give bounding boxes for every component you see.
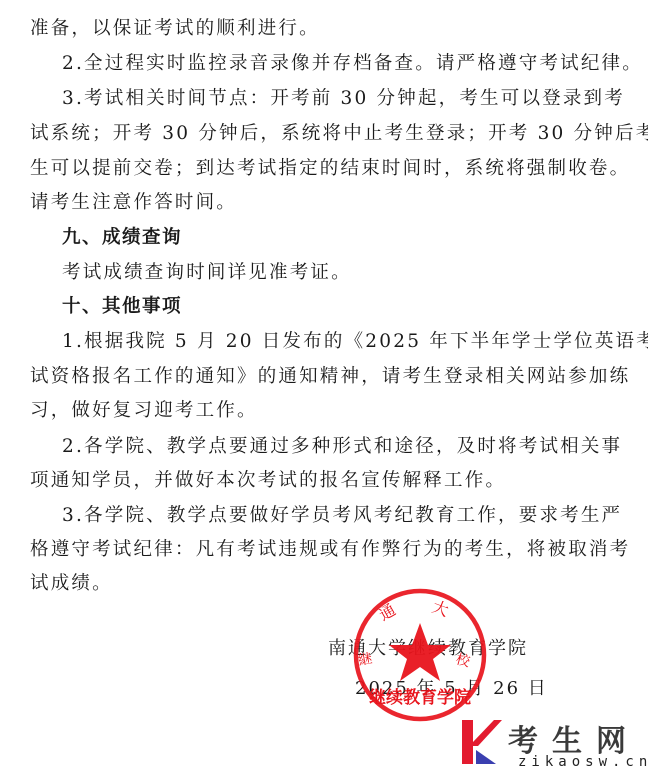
paragraph-line: 2.全过程实时监控录音录像并存档备查。请严格遵守考试纪律。 <box>62 52 648 76</box>
paragraph-line: 格遵守考试纪律：凡有考试违规或有作弊行为的考生，将被取消考 <box>30 538 620 562</box>
svg-text:校: 校 <box>454 650 473 670</box>
paragraph-line: 准备，以保证考试的顺利进行。 <box>30 17 620 41</box>
paragraph-line: 试成绩。 <box>30 572 620 596</box>
paragraph-line: 项通知学员，并做好本次考试的报名宣传解释工作。 <box>30 469 620 493</box>
paragraph-line: 试资格报名工作的通知》的通知精神，请考生登录相关网站参加练 <box>30 365 620 389</box>
paragraph-line: 2.各学院、教学点要通过多种形式和途径，及时将考试相关事 <box>62 435 648 459</box>
paragraph-line: 3.各学院、教学点要做好学员考风考纪教育工作，要求考生严 <box>62 504 648 528</box>
svg-text:継: 継 <box>357 651 374 669</box>
paragraph-line: 考试成绩查询时间详见准考证。 <box>62 261 648 285</box>
section-heading-other-matters: 十、其他事项 <box>62 295 648 319</box>
paragraph-line: 试系统；开考 30 分钟后，系统将中止考生登录；开考 30 分钟后考 <box>30 122 620 146</box>
watermark-logo: 考生网 zikaosw.cn <box>462 718 642 774</box>
paragraph-line: 生可以提前交卷；到达考试指定的结束时间时，系统将强制收卷。 <box>30 157 620 181</box>
svg-text:大: 大 <box>430 597 452 620</box>
paragraph-line: 请考生注意作答时间。 <box>30 191 620 215</box>
paragraph-line: 习，做好复习迎考工作。 <box>30 399 620 423</box>
paragraph-line: 3.考试相关时间节点：开考前 30 分钟起，考生可以登录到考 <box>62 87 648 111</box>
paragraph-line: 1.根据我院 5 月 20 日发布的《2025 年下半年学士学位英语考 <box>62 330 648 354</box>
section-heading-score-query: 九、成绩查询 <box>62 226 648 250</box>
svg-text:继续教育学院: 继续教育学院 <box>369 687 471 708</box>
watermark-url: zikaosw.cn <box>518 754 648 770</box>
official-seal-icon: 通 大 継 校 继续教育学院 <box>345 585 495 725</box>
k-logo-icon <box>462 720 502 764</box>
